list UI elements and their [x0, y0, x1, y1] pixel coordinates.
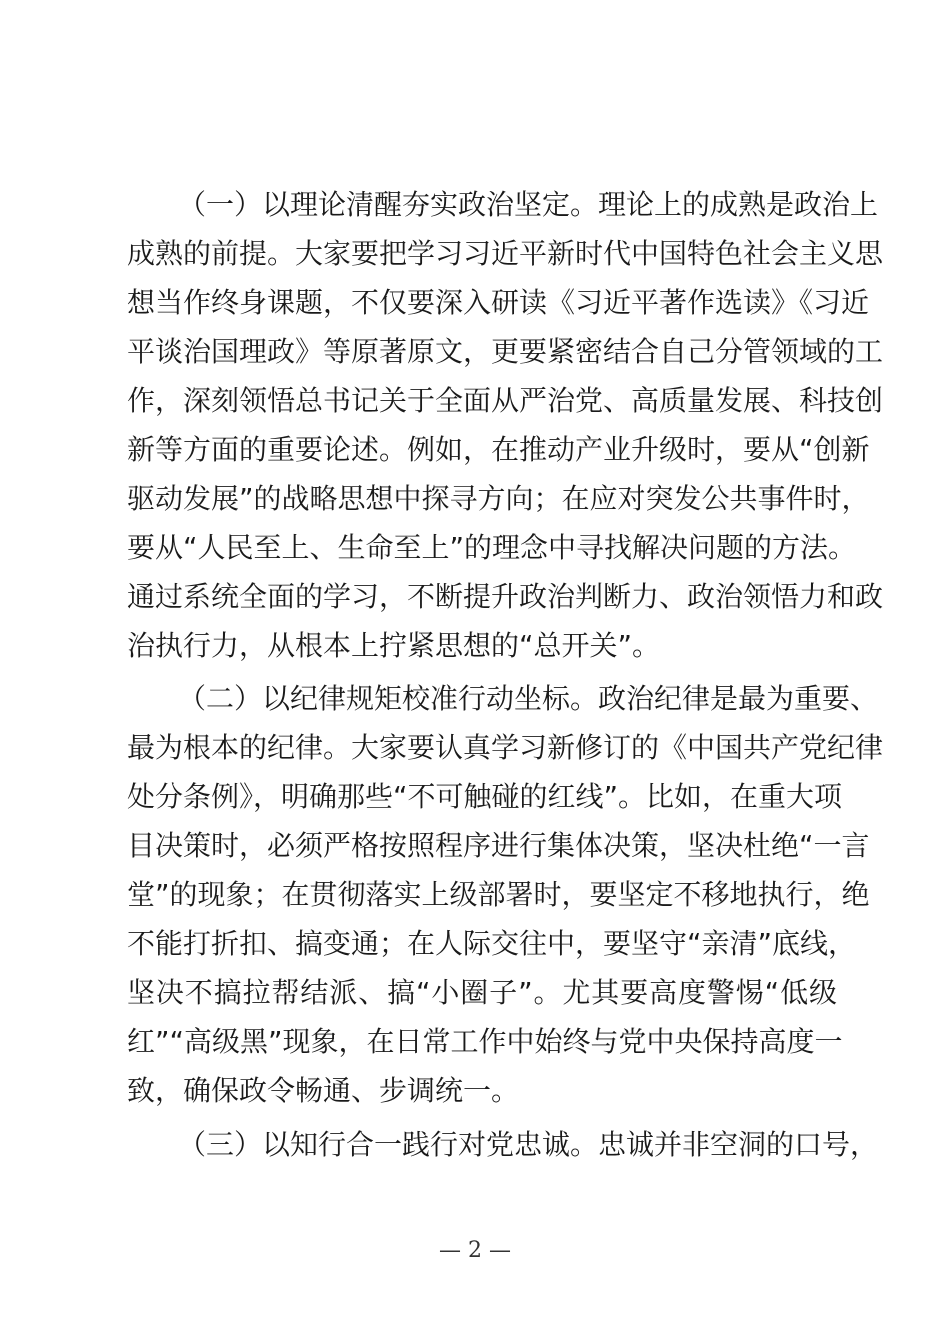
paragraph-3-line-1: （三）以知行合一践行对党忠诚。忠诚并非空洞的口号， — [178, 1125, 837, 1165]
paragraph-2-line-5: 堂”的现象；在贯彻落实上级部署时，要坚定不移地执行，绝 — [127, 875, 837, 915]
paragraph-1-line-8: 要从“人民至上、生命至上”的理念中寻找解决问题的方法。 — [127, 528, 837, 568]
paragraph-2-line-1: （二）以纪律规矩校准行动坐标。政治纪律是最为重要、 — [178, 679, 837, 719]
paragraph-1-line-6: 新等方面的重要论述。例如，在推动产业升级时，要从“创新 — [127, 430, 837, 470]
document-page: （一）以理论清醒夯实政治坚定。理论上的成熟是政治上 成熟的前提。大家要把学习习近… — [0, 0, 950, 1344]
paragraph-1-line-1: （一）以理论清醒夯实政治坚定。理论上的成熟是政治上 — [178, 185, 837, 225]
paragraph-2-line-7: 坚决不搞拉帮结派、搞“小圈子”。尤其要高度警惕“低级 — [127, 973, 837, 1013]
paragraph-1-line-7: 驱动发展”的战略思想中探寻方向；在应对突发公共事件时， — [127, 479, 837, 519]
paragraph-1-line-9: 通过系统全面的学习，不断提升政治判断力、政治领悟力和政 — [127, 577, 837, 617]
paragraph-1-line-2: 成熟的前提。大家要把学习习近平新时代中国特色社会主义思 — [127, 234, 837, 274]
paragraph-2-line-2: 最为根本的纪律。大家要认真学习新修订的《中国共产党纪律 — [127, 728, 837, 768]
paragraph-2-line-9: 致，确保政令畅通、步调统一。 — [127, 1071, 837, 1111]
paragraph-2-line-6: 不能打折扣、搞变通；在人际交往中，要坚守“亲清”底线， — [127, 924, 837, 964]
paragraph-2-line-3: 处分条例》，明确那些“不可触碰的红线”。比如，在重大项 — [127, 777, 837, 817]
paragraph-1-line-5: 作，深刻领悟总书记关于全面从严治党、高质量发展、科技创 — [127, 381, 837, 421]
paragraph-2-line-4: 目决策时，必须严格按照程序进行集体决策，坚决杜绝“一言 — [127, 826, 837, 866]
paragraph-1-line-10: 治执行力，从根本上拧紧思想的“总开关”。 — [127, 626, 837, 666]
page-number: — 2 — — [0, 1238, 950, 1263]
paragraph-1-line-3: 想当作终身课题，不仅要深入研读《习近平著作选读》《习近 — [127, 283, 837, 323]
paragraph-1-line-4: 平谈治国理政》等原著原文，更要紧密结合自己分管领域的工 — [127, 332, 837, 372]
paragraph-2-line-8: 红”“高级黑”现象，在日常工作中始终与党中央保持高度一 — [127, 1022, 837, 1062]
